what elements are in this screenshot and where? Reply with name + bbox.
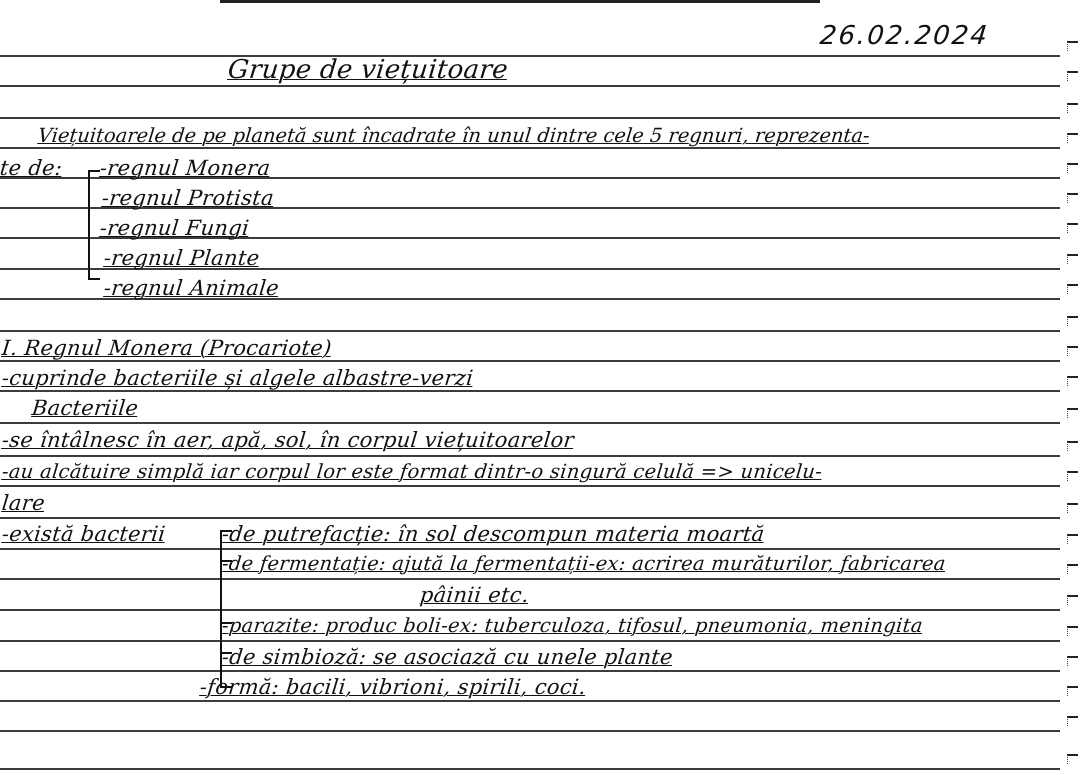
brace-tick [220,652,232,654]
brace-tick [220,622,232,624]
margin-mark [1067,193,1078,203]
kingdoms-brace [88,170,90,280]
subheading: Bacteriile [31,396,140,420]
kingdom-item: -regnul Plante [103,246,261,270]
ruled-line [0,422,1060,424]
ruled-line [0,609,1060,611]
ruled-line [0,640,1060,642]
margin-mark [1067,103,1078,113]
margin-mark [1067,686,1078,696]
fact-line: -au alcătuire simplă iar corpul lor este… [1,460,824,484]
margin-mark [1067,163,1078,173]
notebook-page: 26.02.2024 Grupe de viețuitoare Viețuito… [0,0,1080,775]
margin-mark [1067,656,1078,666]
kingdom-item: -regnul Protista [101,186,275,210]
margin-mark [1067,71,1078,81]
margin-mark [1067,534,1078,544]
margin-mark [1067,716,1078,726]
brace-tick [220,686,232,688]
margin-mark [1067,441,1078,451]
intro-line-2: te de: [0,156,64,180]
kingdom-item: -regnul Animale [103,276,280,300]
type-item: -formă: bacili, vibrioni, spirili, coci. [199,675,588,699]
margin-mark [1067,564,1078,574]
kingdom-item: -regnul Fungi [99,216,251,240]
margin-mark [1067,503,1078,513]
ruled-line [0,700,1060,702]
ruled-line [0,85,1060,87]
margin-mark [1067,41,1078,51]
ruled-line [0,55,1060,57]
intro-line-1: Viețuitoarele de pe planetă sunt încadra… [37,124,871,148]
page-title: Grupe de viețuitoare [227,58,509,82]
type-item: -de putrefacție: în sol descompun materi… [221,522,766,546]
section-line: -cuprinde bacteriile și algele albastre-… [1,366,475,390]
date: 26.02.2024 [819,24,990,48]
type-item: -de simbioză: se asociază cu unele plant… [221,645,674,669]
margin-mark [1067,595,1078,605]
ruled-line [0,578,1060,580]
margin-mark [1067,254,1078,264]
brace-tick [220,530,232,532]
type-item: pâinii etc. [419,583,530,607]
ruled-line [0,117,1060,119]
ruled-line [0,455,1060,457]
scan-edge [220,0,820,3]
ruled-line [0,360,1060,362]
fact-line: -se întâlnesc în aer, apă, sol, în corpu… [1,428,576,452]
ruled-line [0,485,1060,487]
margin-mark [1067,626,1078,636]
ruled-line [0,548,1060,550]
ruled-line [0,670,1060,672]
types-intro: -există bacterii [1,522,167,546]
brace-tick [88,278,100,280]
margin-mark [1067,471,1078,481]
margin-mark [1067,346,1078,356]
type-item: -parazite: produc boli-ex: tuberculoza, … [221,614,924,638]
ruled-line [0,730,1060,732]
ruled-line [0,517,1060,519]
ruled-line [0,768,1060,770]
type-item: -de fermentație: ajută la fermentații-ex… [221,552,947,576]
margin-mark [1067,408,1078,418]
ruled-line [0,390,1060,392]
margin-mark [1067,316,1078,326]
margin-mark [1067,133,1078,143]
brace-tick [88,170,100,172]
kingdom-item: -regnul Monera [99,156,272,180]
margin-mark [1067,284,1078,294]
fact-line: lare [1,491,46,515]
margin-mark [1067,754,1078,764]
ruled-line [0,330,1060,332]
margin-mark [1067,223,1078,233]
brace-tick [220,560,232,562]
section-heading: I. Regnul Monera (Procariote) [1,336,333,360]
margin-mark [1067,376,1078,386]
